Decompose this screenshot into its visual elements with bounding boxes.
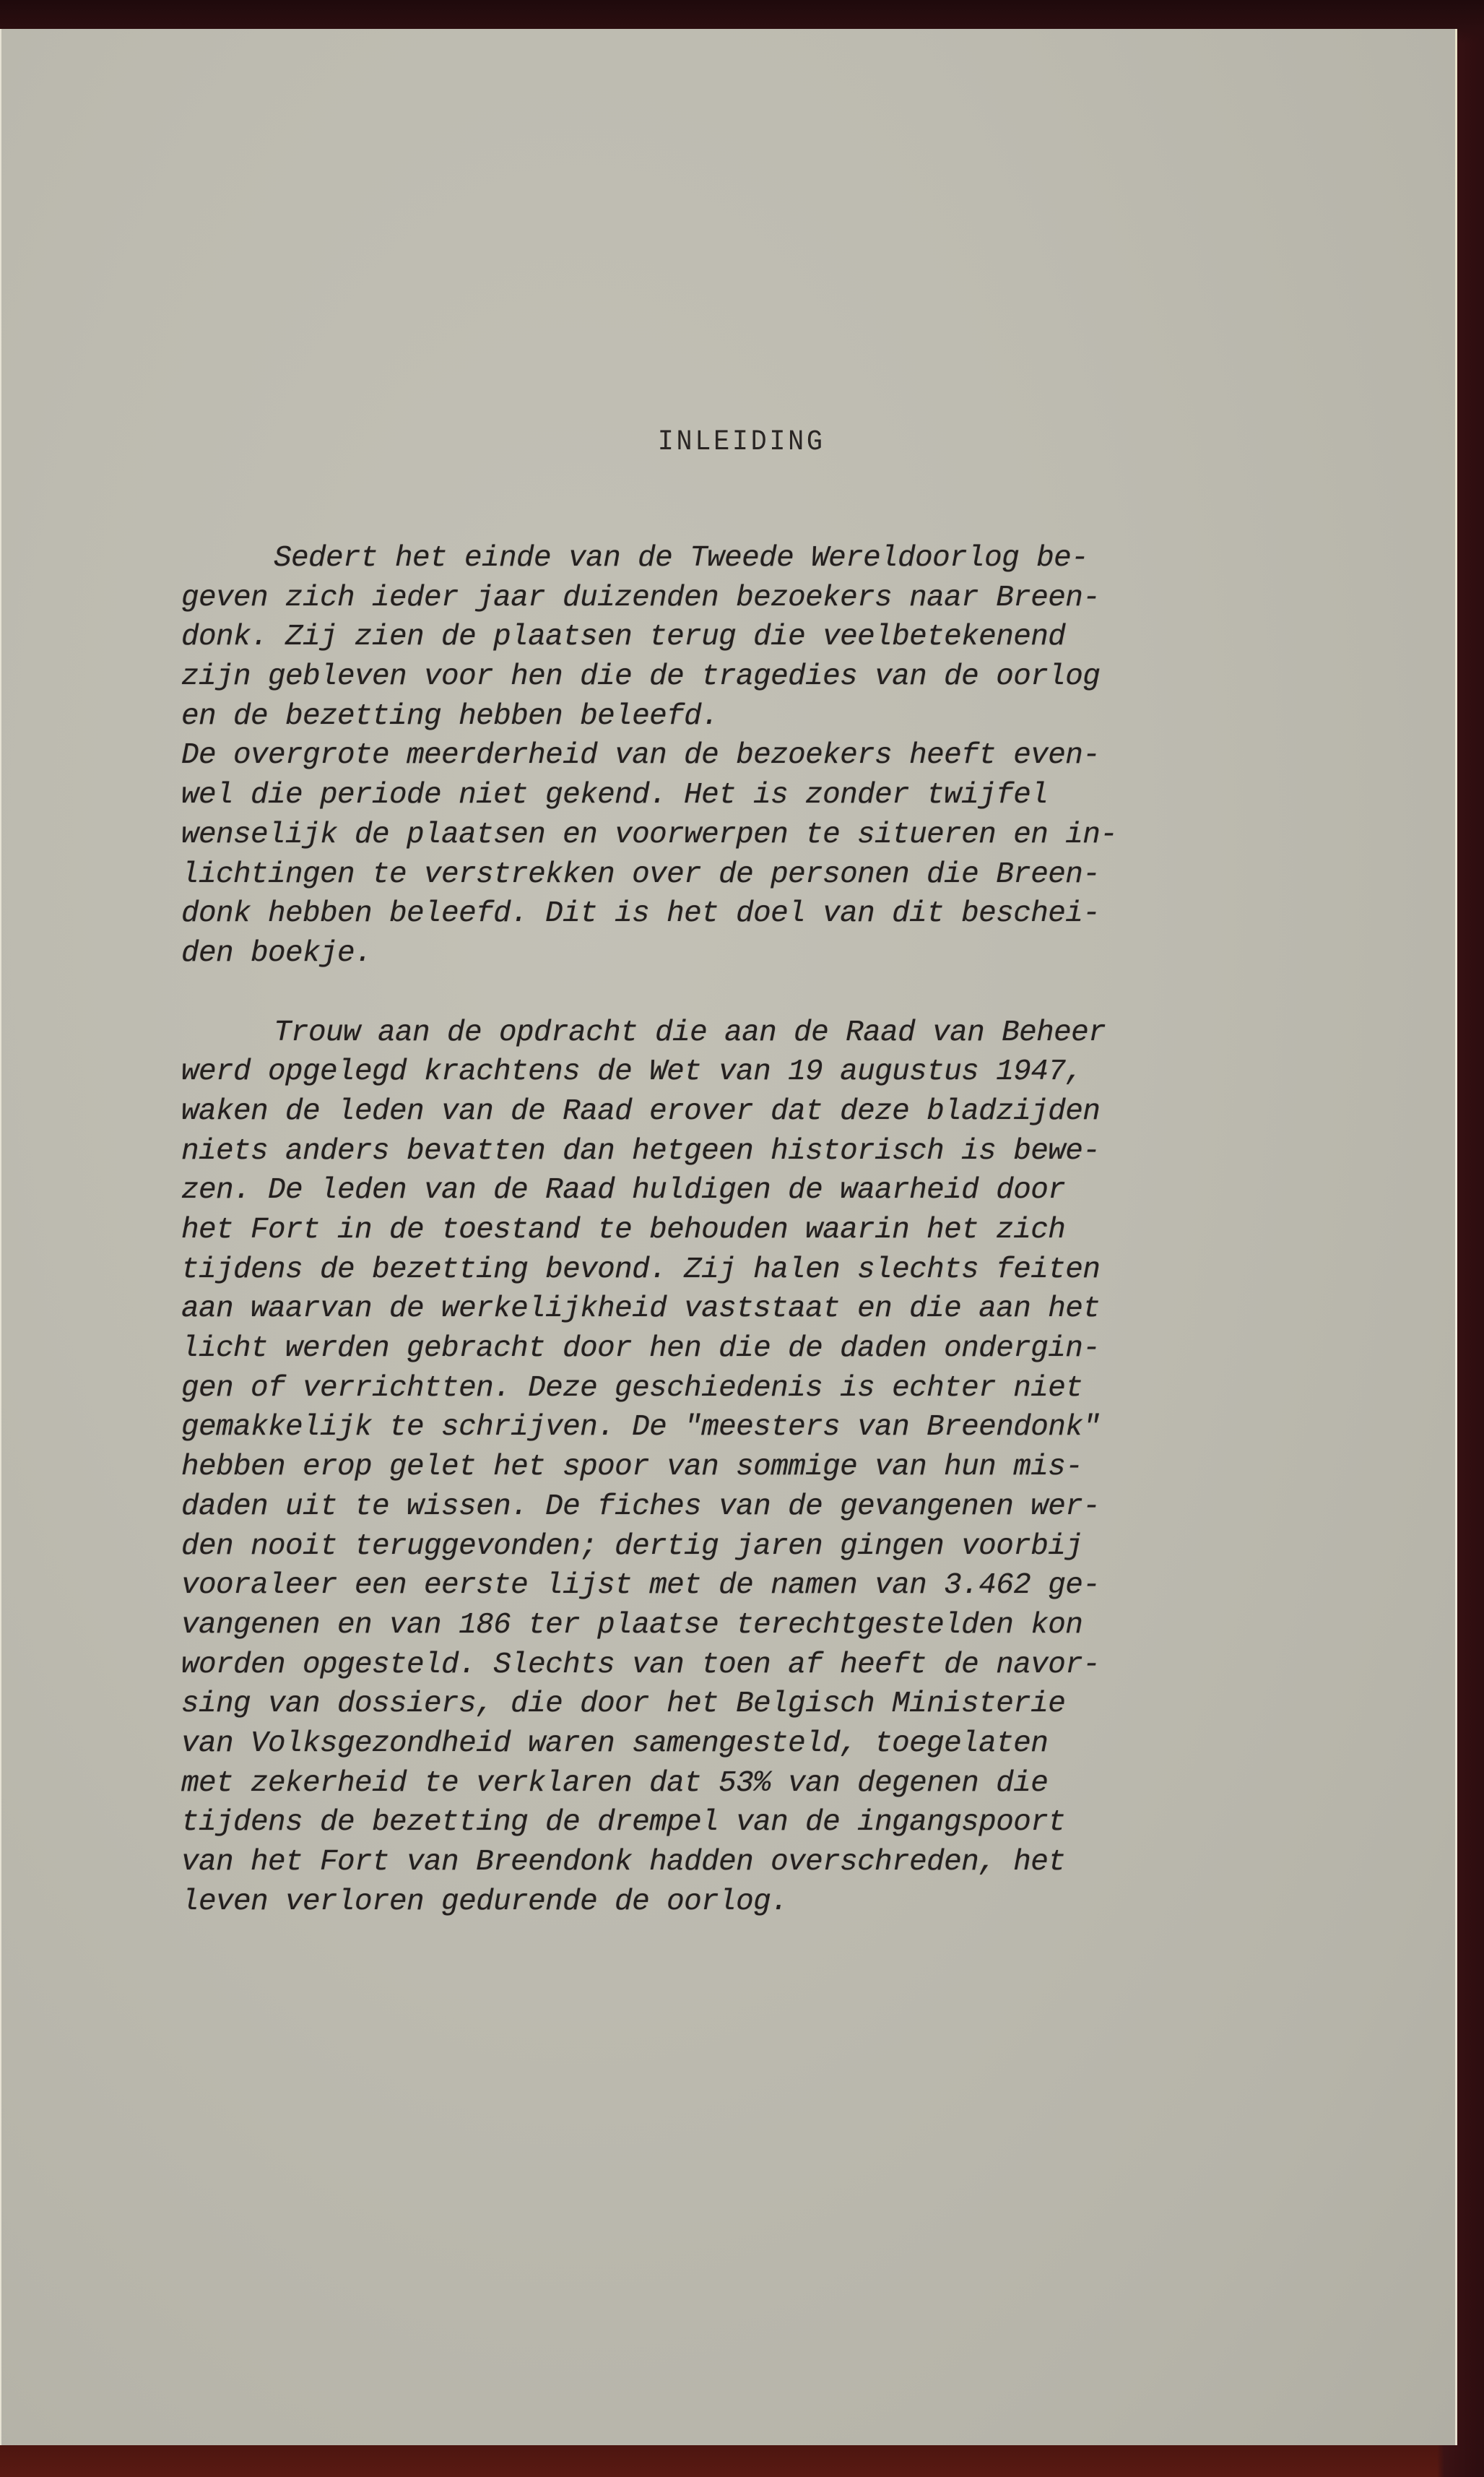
text-line: donk hebben beleefd. Dit is het doel van…: [181, 894, 1279, 934]
text-line: waken de leden van de Raad erover dat de…: [181, 1092, 1279, 1132]
text-line: vooraleer een eerste lijst met de namen …: [181, 1566, 1279, 1606]
text-line: geven zich ieder jaar duizenden bezoeker…: [181, 579, 1279, 618]
text-line: niets anders bevatten dan hetgeen histor…: [181, 1132, 1279, 1172]
text-line: met zekerheid te verklaren dat 53% van d…: [181, 1764, 1279, 1804]
text-line: tijdens de bezetting de drempel van de i…: [181, 1803, 1279, 1843]
text-line: donk. Zij zien de plaatsen terug die vee…: [181, 618, 1279, 657]
text-line: tijdens de bezetting bevond. Zij halen s…: [181, 1250, 1279, 1290]
text-line: wel die periode niet gekend. Het is zond…: [181, 776, 1279, 816]
text-line: werd opgelegd krachtens de Wet van 19 au…: [181, 1052, 1279, 1092]
text-line: den nooit teruggevonden; dertig jaren gi…: [181, 1527, 1279, 1567]
text-line: licht werden gebracht door hen die de da…: [181, 1329, 1279, 1369]
text-line: den boekje.: [181, 934, 1279, 974]
text-line: van Volksgezondheid waren samengesteld, …: [181, 1724, 1279, 1764]
text-line: gen of verrichtten. Deze geschiedenis is…: [181, 1369, 1279, 1409]
text-line: hebben erop gelet het spoor van sommige …: [181, 1448, 1279, 1487]
text-line: Trouw aan de opdracht die aan de Raad va…: [181, 1013, 1279, 1053]
text-line: sing van dossiers, die door het Belgisch…: [181, 1685, 1279, 1724]
text-line: van het Fort van Breendonk hadden oversc…: [181, 1843, 1279, 1882]
text-line: daden uit te wissen. De fiches van de ge…: [181, 1487, 1279, 1527]
text-line: zen. De leden van de Raad huldigen de wa…: [181, 1171, 1279, 1211]
body-text: Sedert het einde van de Tweede Wereldoor…: [181, 539, 1279, 1921]
text-line: Sedert het einde van de Tweede Wereldoor…: [181, 539, 1279, 579]
text-line: gemakkelijk te schrijven. De "meesters v…: [181, 1408, 1279, 1448]
text-line: lichtingen te verstrekken over de person…: [181, 855, 1279, 895]
text-line: worden opgesteld. Slechts van toen af he…: [181, 1646, 1279, 1685]
page-title: INLEIDING: [58, 426, 1424, 459]
paragraph-2: Trouw aan de opdracht die aan de Raad va…: [181, 1013, 1279, 1922]
text-line: en de bezetting hebben beleefd.: [181, 697, 1279, 737]
text-line: leven verloren gedurende de oorlog.: [181, 1882, 1279, 1922]
text-line: wenselijk de plaatsen en voorwerpen te s…: [181, 816, 1279, 855]
text-line: zijn gebleven voor hen die de tragedies …: [181, 657, 1279, 697]
text-line: De overgrote meerderheid van de bezoeker…: [181, 736, 1279, 776]
text-line: vangenen en van 186 ter plaatse terechtg…: [181, 1606, 1279, 1646]
paragraph-1: Sedert het einde van de Tweede Wereldoor…: [181, 539, 1279, 974]
text-line: aan waarvan de werkelijkheid vaststaat e…: [181, 1289, 1279, 1329]
text-line: het Fort in de toestand te behouden waar…: [181, 1211, 1279, 1250]
